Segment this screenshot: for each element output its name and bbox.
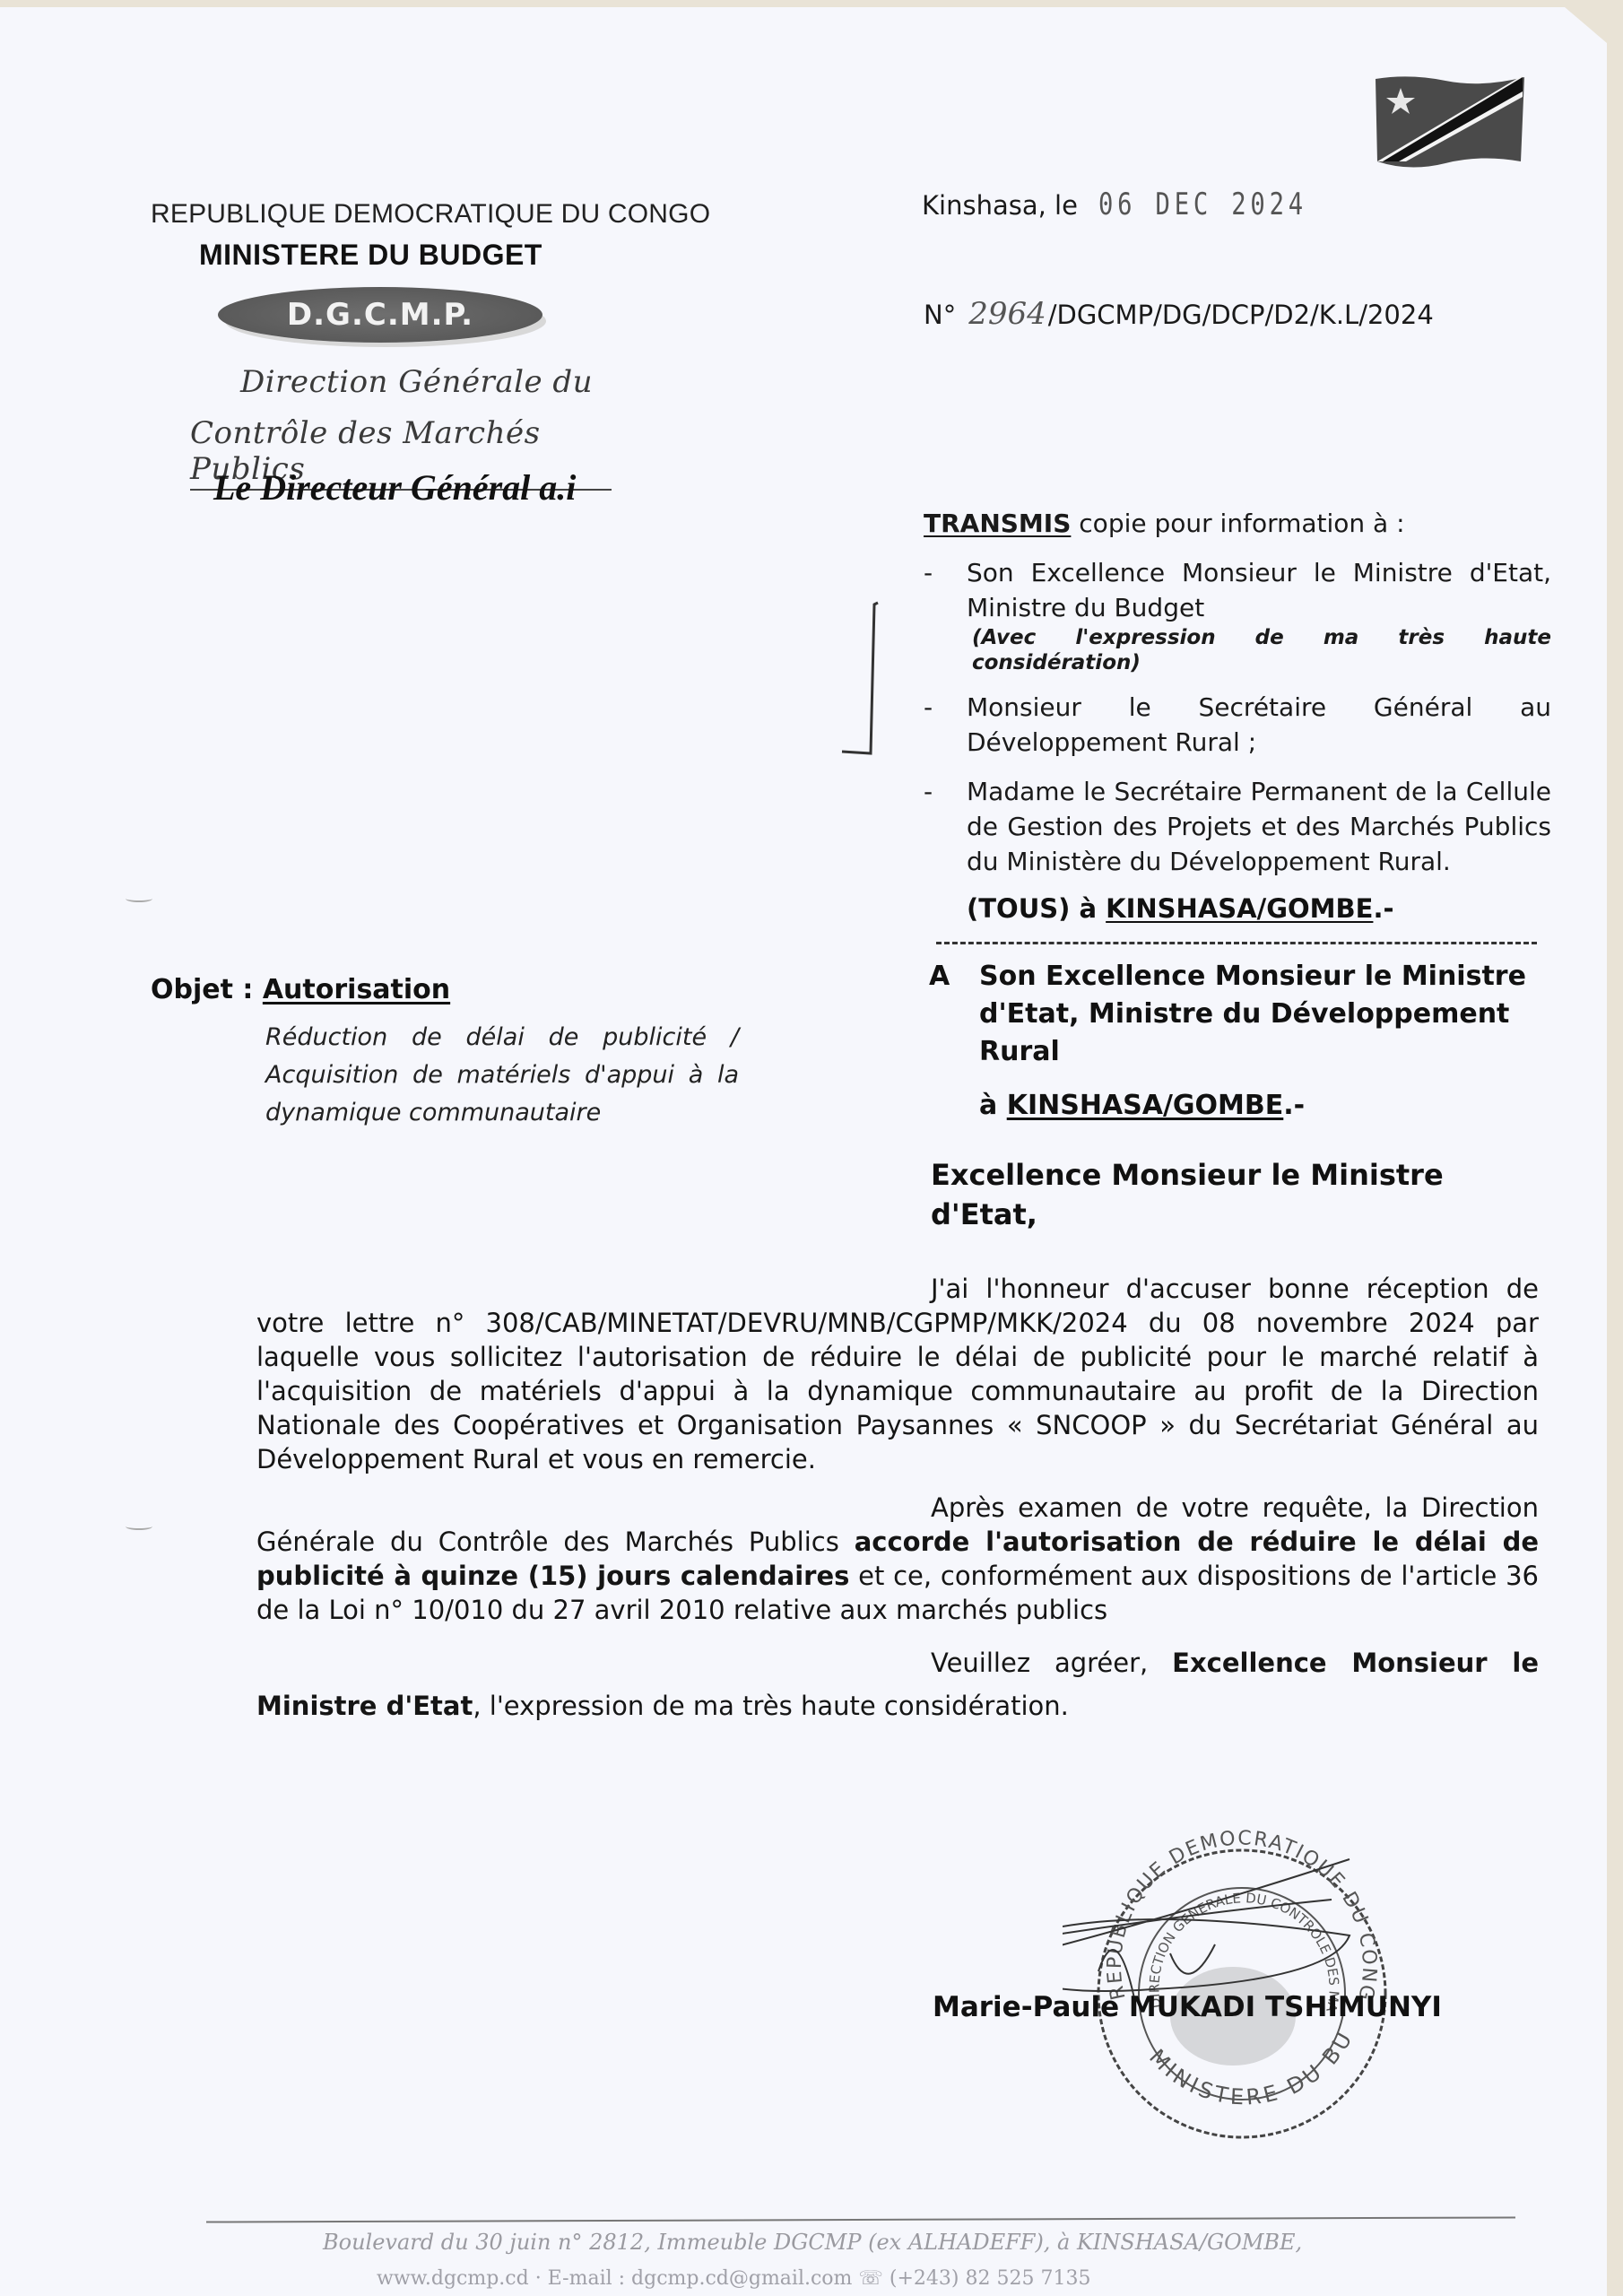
salutation-line-1: Excellence Monsieur le Ministre: [931, 1155, 1444, 1195]
addressee-location: à KINSHASA/GOMBE.-: [979, 1087, 1548, 1125]
closing-text-b: , l'expression de ma très haute considér…: [473, 1691, 1069, 1721]
cc-block: TRANSMIS copie pour information à : - So…: [924, 506, 1551, 879]
cc-intro: copie pour information à :: [1071, 509, 1404, 538]
dashed-separator: [936, 942, 1537, 944]
letter-body: J'ai l'honneur d'accuser bonne réception…: [256, 1272, 1539, 1742]
cc-recipient: - Monsieur le Secrétaire Général au Déve…: [924, 690, 1551, 760]
addressee-city: KINSHASA/GOMBE: [1007, 1090, 1284, 1121]
margin-punch-mark: [126, 895, 152, 902]
cc-label: TRANSMIS: [924, 509, 1071, 538]
dgcmp-logo: D.G.C.M.P.: [218, 287, 542, 343]
addressee-prefix: A: [929, 958, 950, 996]
place-label: Kinshasa, le: [922, 190, 1078, 221]
cc-recipient: - Son Excellence Monsieur le Ministre d'…: [924, 555, 1551, 675]
salutation-line-2: d'Etat,: [931, 1195, 1444, 1234]
closing-text-a: Veuillez agréer,: [931, 1648, 1172, 1678]
subject-line: Objet : Autorisation: [151, 974, 450, 1005]
cc-recipient-text: Madame le Secrétaire Permanent de la Cel…: [967, 777, 1551, 876]
subject-title: Autorisation: [263, 974, 450, 1005]
subject-description: Réduction de délai de publicité / Acquis…: [265, 1019, 739, 1132]
closing-paragraph: Veuillez agréer, Excellence Monsieur le …: [256, 1641, 1539, 1727]
footer-rule: [206, 2216, 1515, 2222]
addressee-loc-prefix: à: [979, 1090, 1007, 1121]
ref-number-handwritten: 2964: [968, 296, 1046, 332]
margin-punch-mark: [126, 1523, 152, 1530]
direction-line-1: Direction Générale du: [240, 364, 593, 400]
handwritten-bracket-mark: [840, 601, 885, 766]
official-stamp: REPUBLIQUE DEMOCRATIQUE DU CONGO DIRECTI…: [1063, 1810, 1421, 2169]
cc-recipient-text: Monsieur le Secrétaire Général au Dévelo…: [967, 692, 1551, 757]
cc-location: (TOUS) à KINSHASA/GOMBE.-: [967, 893, 1394, 924]
body-paragraph-1-text: J'ai l'honneur d'accuser bonne réception…: [256, 1274, 1539, 1474]
logo-text: D.G.C.M.P.: [287, 297, 473, 333]
cc-location-prefix: (TOUS) à: [967, 893, 1106, 924]
cc-location-suffix: .-: [1373, 893, 1393, 924]
date-stamp: 06 DEC 2024: [1098, 187, 1307, 222]
ministry-heading: MINISTERE DU BUDGET: [199, 239, 542, 272]
cc-recipient-text: Son Excellence Monsieur le Ministre d'Et…: [967, 558, 1551, 622]
cc-recipient-note: (Avec l'expression de ma très haute cons…: [967, 625, 1551, 675]
footer-contact: www.dgcmp.cd · E-mail : dgcmp.cd@gmail.c…: [377, 2267, 1090, 2290]
salutation: Excellence Monsieur le Ministre d'Etat,: [931, 1155, 1444, 1234]
ref-prefix: N°: [924, 300, 956, 330]
signatory-name: Marie-Paule MUKADI TSHIMUNYI: [933, 1991, 1442, 2023]
drc-flag-icon: [1374, 72, 1526, 170]
bullet-dash: -: [924, 774, 933, 809]
bullet-dash: -: [924, 555, 933, 590]
signatory-title: Le Directeur Général a.i: [213, 466, 576, 509]
date-line: Kinshasa, le 06 DEC 2024: [922, 187, 1359, 222]
addressee-name: Son Excellence Monsieur le Ministre d'Et…: [979, 958, 1548, 1071]
cc-recipient: - Madame le Secrétaire Permanent de la C…: [924, 774, 1551, 879]
footer-address: Boulevard du 30 juin n° 2812, Immeuble D…: [323, 2230, 1302, 2255]
letter-page: REPUBLIQUE DEMOCRATIQUE DU CONGO MINISTE…: [0, 7, 1607, 2296]
body-paragraph-1: J'ai l'honneur d'accuser bonne réception…: [256, 1272, 1539, 1476]
body-paragraph-2: Après examen de votre requête, la Direct…: [256, 1491, 1539, 1627]
cc-heading: TRANSMIS copie pour information à :: [924, 506, 1551, 541]
country-heading: REPUBLIQUE DEMOCRATIQUE DU CONGO: [151, 199, 710, 230]
subject-label: Objet :: [151, 974, 263, 1005]
ref-suffix: /DGCMP/DG/DCP/D2/K.L/2024: [1048, 300, 1434, 330]
cc-location-city: KINSHASA/GOMBE: [1106, 893, 1373, 924]
addressee-block: A Son Excellence Monsieur le Ministre d'…: [929, 958, 1548, 1125]
bullet-dash: -: [924, 690, 933, 725]
addressee-loc-suffix: .-: [1283, 1090, 1305, 1121]
reference-number: N°2964/DGCMP/DG/DCP/D2/K.L/2024: [924, 296, 1434, 332]
